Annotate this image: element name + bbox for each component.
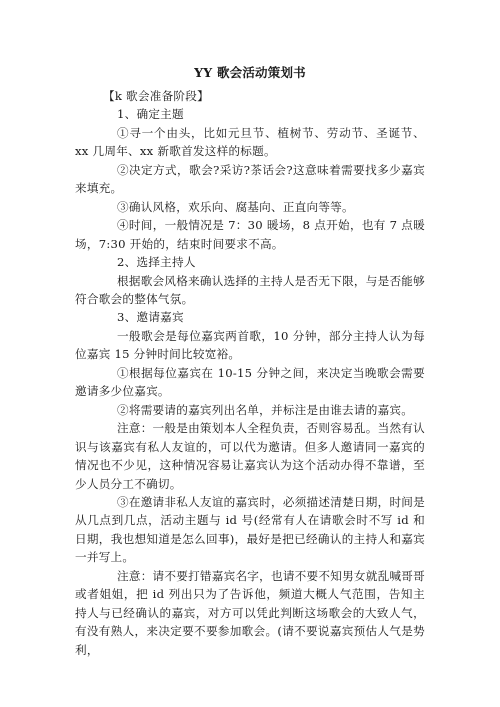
paragraph: 根据歌会风格来确认选择的主持人是否无下限，与是否能够符合歌会的整体气氛。: [75, 272, 425, 309]
paragraph: ④时间，一般情况是 7：30 暖场，8 点开始，也有 7 点暖场，7:30 开始…: [75, 216, 425, 253]
document-page: YY 歌会活动策划书 【k 歌会准备阶段】 1、确定主题 ①寻一个由头，比如元旦…: [0, 0, 500, 707]
paragraph: ③确认风格，欢乐向、腐基向、正直向等等。: [75, 198, 425, 216]
section-heading-preparation: 【k 歌会准备阶段】: [75, 87, 425, 105]
paragraph: ②将需要请的嘉宾列出名单，并标注是由谁去请的嘉宾。: [75, 401, 425, 419]
subheading-guests: 3、邀请嘉宾: [75, 308, 425, 326]
document-body: 【k 歌会准备阶段】 1、确定主题 ①寻一个由头，比如元旦节、植树节、劳动节、圣…: [75, 87, 425, 659]
document-title: YY 歌会活动策划书: [0, 64, 500, 82]
paragraph-note: 注意：请不要打错嘉宾名字，也请不要不知男女就乱喊哥哥或者姐姐，把 id 列出只为…: [75, 567, 425, 659]
subheading-host: 2、选择主持人: [75, 253, 425, 271]
paragraph: 一般歌会是每位嘉宾两首歌，10 分钟，部分主持人认为每位嘉宾 15 分钟时间比较…: [75, 327, 425, 364]
paragraph-note: 注意：一般是由策划本人全程负责，否则容易乱。当然有认识与该嘉宾有私人友谊的，可以…: [75, 419, 425, 493]
paragraph: ②决定方式，歌会?采访?茶话会?这意味着需要找多少嘉宾来填充。: [75, 161, 425, 198]
paragraph: ①根据每位嘉宾在 10-15 分钟之间，来决定当晚歌会需要邀请多少位嘉宾。: [75, 364, 425, 401]
subheading-theme: 1、确定主题: [75, 105, 425, 123]
paragraph: ③在邀请非私人友谊的嘉宾时，必须描述清楚日期，时间是从几点到几点，活动主题与 i…: [75, 493, 425, 567]
paragraph: ①寻一个由头，比如元旦节、植树节、劳动节、圣诞节、xx 几周年、xx 新歌首发这…: [75, 124, 425, 161]
